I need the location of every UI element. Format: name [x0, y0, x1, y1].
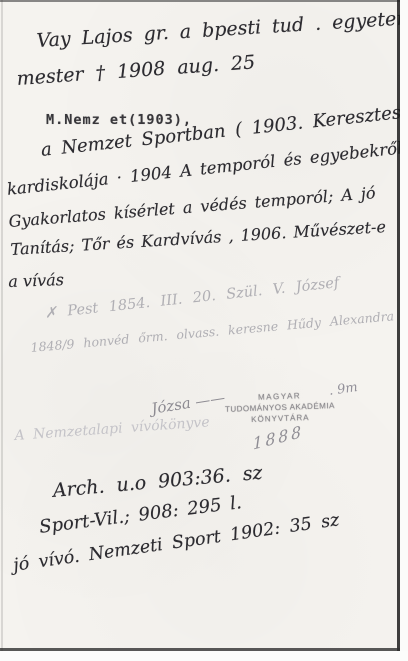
scan-margin-right — [400, 0, 408, 661]
scan-edge-left — [1, 0, 3, 661]
scan-edge-top — [0, 0, 408, 2]
pencil-birth-note: ✗ Pest 1854. III. 20. Szül. V. József — [44, 275, 340, 322]
scan-margin-bottom — [0, 651, 408, 661]
library-stamp: MAGYAR TUDOMÁNYOS AKADÉMIA KÖNYVTÁRA — [205, 389, 354, 427]
bibliography-line-5: a vívás — [8, 270, 64, 291]
name-line: Vay Lajos gr. a bpesti tud . egyetem vív… — [36, 4, 408, 52]
death-date-line: mester † 1908 aug. 25 — [16, 51, 256, 90]
scan-edge-right — [397, 0, 400, 652]
pencil-title-note: A Nemzetalapi vívókönyve — [14, 414, 210, 444]
catalog-card-scan: Vay Lajos gr. a bpesti tud . egyetem vív… — [0, 0, 408, 661]
scan-edge-bottom — [0, 648, 400, 651]
stamp-year-note: 1888 — [252, 421, 304, 453]
